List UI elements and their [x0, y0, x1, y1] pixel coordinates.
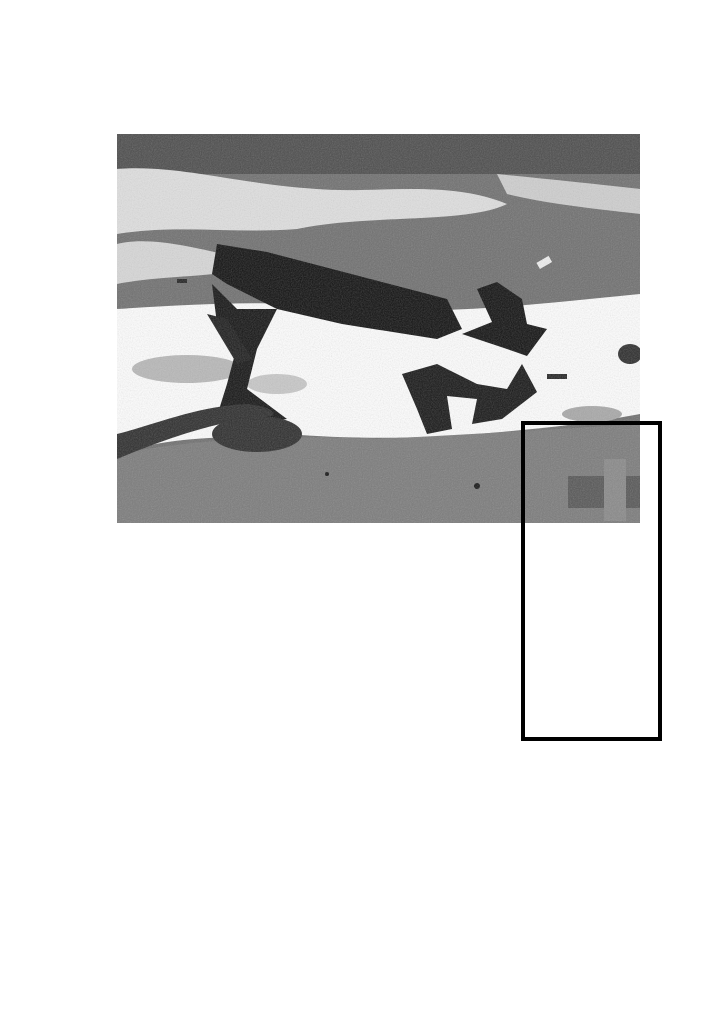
- highlight-rectangle: [521, 421, 662, 741]
